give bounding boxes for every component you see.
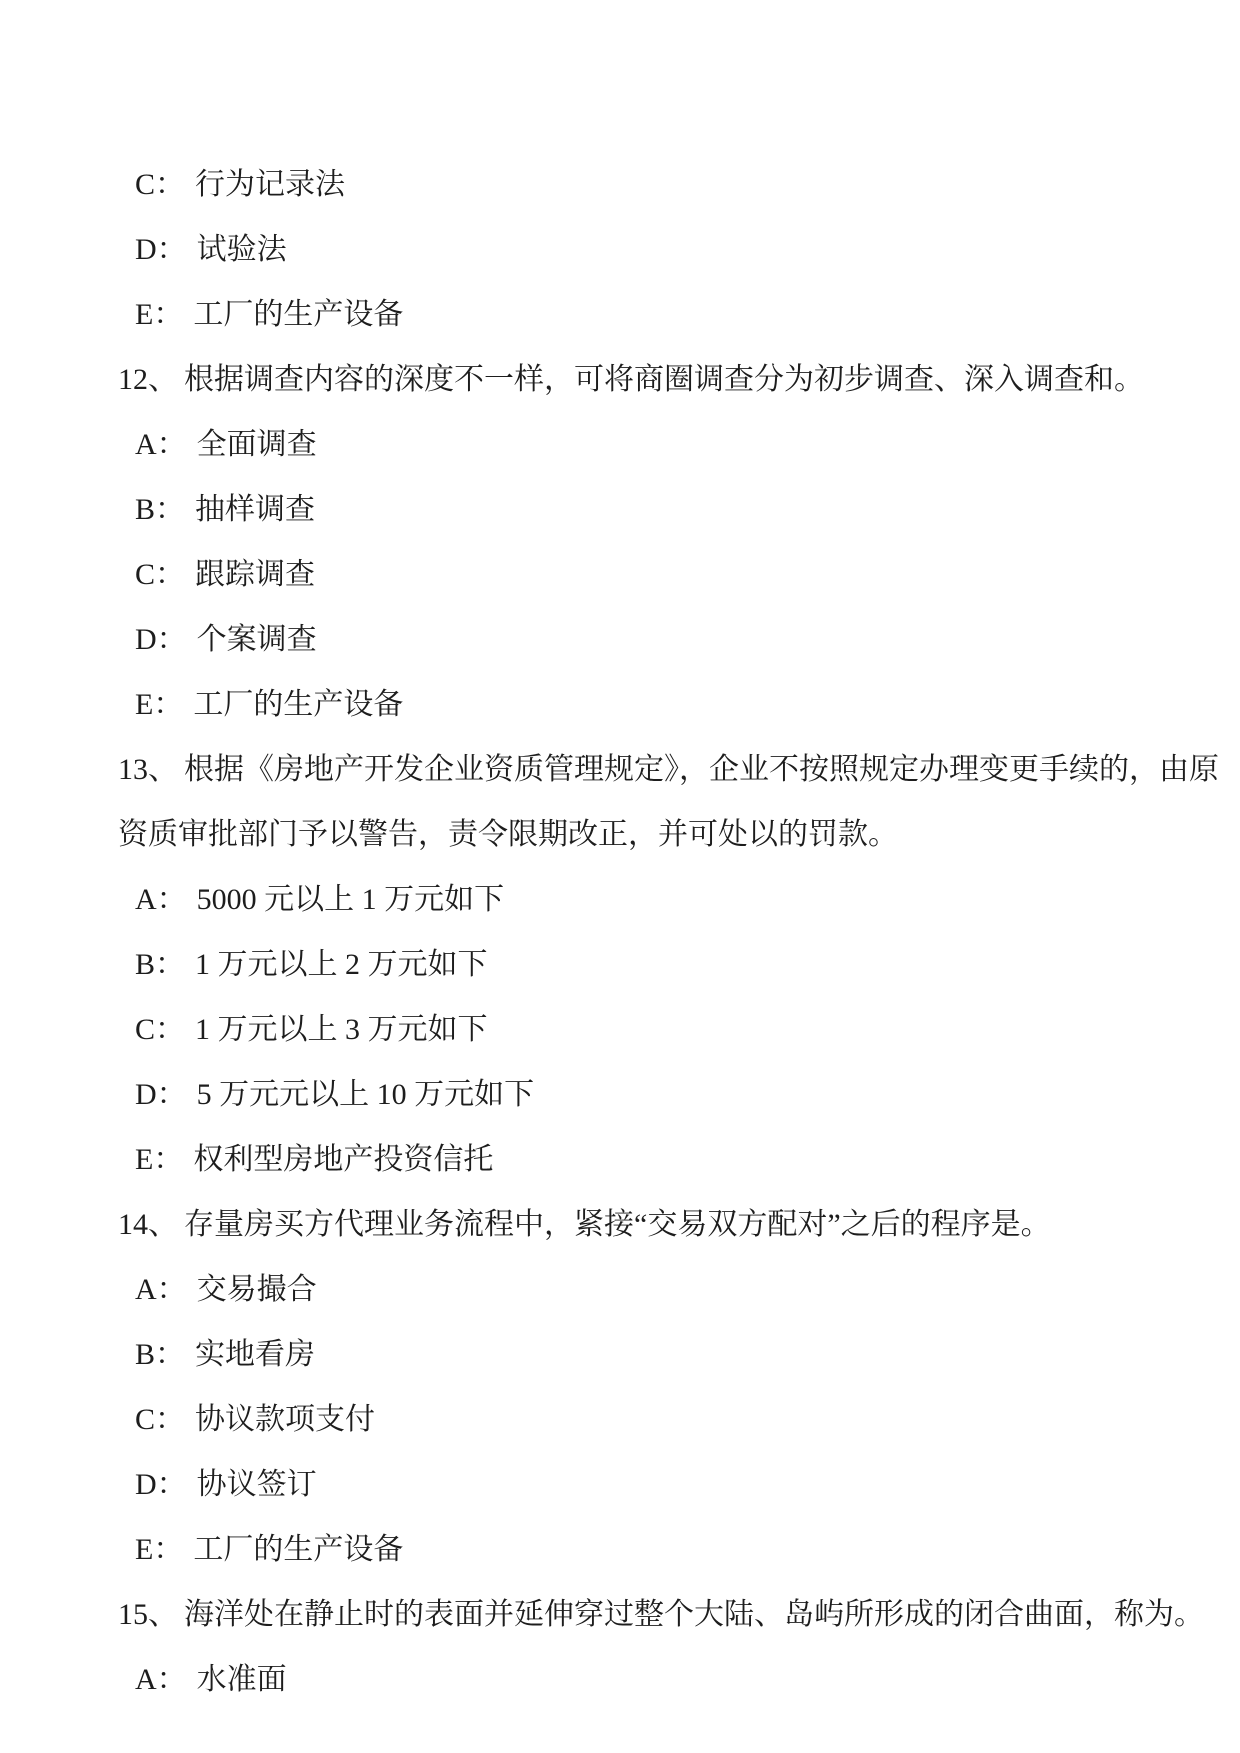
question-text: 资质审批部门予以警告，责令限期改正，并可处以的罚款。	[118, 818, 898, 851]
question-text: 根据调查内容的深度不一样，可将商圈调查分为初步调查、深入调查和。	[184, 363, 1144, 396]
question-text: 根据《房地产开发企业资质管理规定》，企业不按照规定办理变更手续的，由原	[184, 753, 1219, 786]
option-text: 全面调查	[197, 428, 317, 461]
option-text: 水准面	[197, 1663, 287, 1696]
exam-document: C：行为记录法 D：试验法 E：工厂的生产设备 12、根据调查内容的深度不一样，…	[0, 0, 1240, 1647]
option-letter: B：	[135, 477, 185, 542]
option-letter: C：	[135, 997, 185, 1062]
option-text: 协议款项支付	[195, 1403, 375, 1436]
option-letter: C：	[135, 1387, 185, 1452]
option-letter: E：	[135, 282, 183, 347]
option-text: 1 万元以上 2 万元如下	[195, 948, 488, 981]
option-text: 行为记录法	[195, 168, 345, 201]
option-text: 1 万元以上 3 万元如下	[195, 1013, 488, 1046]
option-text: 试验法	[197, 233, 287, 266]
option-text: 跟踪调查	[195, 558, 315, 591]
question-number: 13、	[118, 737, 178, 802]
option-text: 权利型房地产投资信托	[193, 1143, 493, 1176]
option-line: C：行为记录法	[88, 87, 1180, 152]
question-number: 12、	[118, 347, 178, 412]
question-number: 14、	[118, 1192, 178, 1257]
option-letter: B：	[135, 1322, 185, 1387]
option-text: 5000 元以上 1 万元如下	[197, 883, 505, 916]
option-text: 个案调查	[197, 623, 317, 656]
option-letter: E：	[135, 672, 183, 737]
option-letter: C：	[135, 542, 185, 607]
option-letter: A：	[135, 1257, 187, 1322]
option-text: 5 万元元以上 10 万元如下	[197, 1078, 535, 1111]
option-letter: D：	[135, 1062, 187, 1127]
option-letter: C：	[135, 152, 185, 217]
option-text: 工厂的生产设备	[193, 298, 403, 331]
option-letter: A：	[135, 1647, 187, 1712]
option-text: 工厂的生产设备	[193, 688, 403, 721]
option-letter: E：	[135, 1127, 183, 1192]
option-text: 交易撮合	[197, 1273, 317, 1306]
option-text: 协议签订	[197, 1468, 317, 1501]
question-number: 15、	[118, 1582, 178, 1647]
option-text: 实地看房	[195, 1338, 315, 1371]
option-letter: A：	[135, 412, 187, 477]
option-letter: D：	[135, 607, 187, 672]
option-text: 工厂的生产设备	[193, 1533, 403, 1566]
option-text: 抽样调查	[195, 493, 315, 526]
question-text: 海洋处在静止时的表面并延伸穿过整个大陆、岛屿所形成的闭合曲面，称为。	[184, 1598, 1204, 1631]
option-letter: A：	[135, 867, 187, 932]
option-letter: E：	[135, 1517, 183, 1582]
option-letter: B：	[135, 932, 185, 997]
option-letter: D：	[135, 217, 187, 282]
question-text: 存量房买方代理业务流程中，紧接“交易双方配对”之后的程序是。	[184, 1208, 1051, 1241]
option-letter: D：	[135, 1452, 187, 1517]
